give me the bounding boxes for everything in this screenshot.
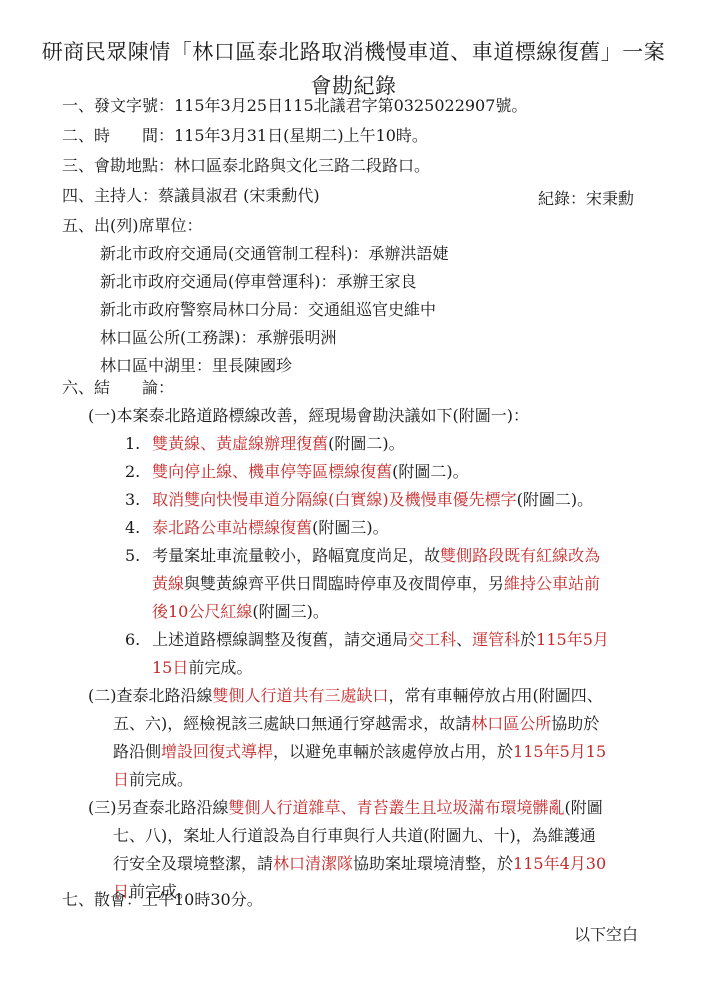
- highlighted-text: 泰北路公車站標線復舊: [152, 518, 312, 537]
- attendee: 林口區公所(工務課)：承辦張明洲: [100, 328, 337, 348]
- meeting-location: 三、會勘地點：林口區泰北路與文化三路二段路口。: [62, 156, 430, 176]
- item-text: (三)另查泰北路沿線: [88, 798, 229, 817]
- document-title: 研商民眾陳情「林口區泰北路取消機慢車道、車道標線復舊」一案: [0, 36, 707, 66]
- highlighted-text: 維持公車站前: [504, 574, 600, 593]
- resolution-item: 3. 取消雙向快慢車道分隔線(白實線)及機慢車優先標字(附圖二)。: [125, 490, 593, 510]
- item-text: 考量案址車流量較小，路幅寬度尚足，故: [152, 546, 440, 565]
- resolution-item-5-line3: 後10公尺紅線(附圖三)。: [152, 602, 329, 622]
- conclusion-1-intro: (一)本案泰北路道路標線改善，經現場會勘決議如下(附圖一)：: [88, 406, 529, 426]
- item-number: 4.: [125, 518, 147, 538]
- highlighted-text: 115年4月30: [513, 854, 606, 873]
- conclusion-3-line2: 七、八)，案址人行道設為自行車與行人共道(附圖九、十)，為維護通: [113, 826, 596, 846]
- conclusion-2-line1: (二)查泰北路沿線雙側人行道共有三處缺口，常有車輛停放占用(附圖四、: [88, 686, 603, 706]
- conclusion-2-line2: 五、六)，經檢視該三處缺口無通行穿越需求，故請林口區公所協助於: [113, 714, 599, 734]
- resolution-item-5-line2: 黃線與雙黃線齊平供日間臨時停車及夜間停車，另維持公車站前: [152, 574, 600, 594]
- highlighted-text: 雙側人行道共有三處缺口: [213, 686, 389, 705]
- attendee: 新北市政府交通局(停車營運科)：承辦王家良: [100, 272, 417, 292]
- item-text: (附圖三)。: [252, 602, 329, 621]
- recorder: 紀錄：宋秉勳: [538, 186, 634, 209]
- item-text: 五、六)，經檢視該三處缺口無通行穿越需求，故請: [113, 714, 471, 733]
- highlighted-text: 後10公尺紅線: [152, 602, 252, 621]
- item-text: 協助於: [551, 714, 599, 733]
- conclusion-3-line3: 行安全及環境整潔，請林口清潔隊協助案址環境清整，於115年4月30: [113, 854, 606, 874]
- item-number: 1.: [125, 434, 147, 454]
- item-text: (附圖二)。: [392, 462, 469, 481]
- highlighted-text: 日: [113, 770, 129, 789]
- conclusion-3-line1: (三)另查泰北路沿線雙側人行道雜草、青苔叢生且垃圾滿布環境髒亂(附圖: [88, 798, 603, 818]
- highlighted-text: 15日: [152, 658, 188, 677]
- item-text: 行安全及環境整潔，請: [113, 854, 273, 873]
- highlighted-text: 林口清潔隊: [273, 854, 353, 873]
- attendee: 新北市政府交通局(交通管制工程科)：承辦洪語婕: [100, 244, 449, 264]
- highlighted-text: 雙向停止線、機車停等區標線復舊: [152, 462, 392, 481]
- item-text: 上述道路標線調整及復舊，請交通局: [152, 630, 408, 649]
- item-text: 前完成。: [188, 658, 252, 677]
- item-text: ，以避免車輛於該處停放占用，於: [273, 742, 513, 761]
- item-text: 前完成。: [129, 770, 193, 789]
- item-number: 6.: [125, 630, 147, 650]
- item-number: 3.: [125, 490, 147, 510]
- item-text: 協助案址環境清整，於: [353, 854, 513, 873]
- item-text: 與雙黃線齊平供日間臨時停車及夜間停車，另: [184, 574, 504, 593]
- item-number: 5.: [125, 546, 147, 566]
- resolution-item-6-line2: 15日前完成。: [152, 658, 252, 678]
- highlighted-text: 交工科: [408, 630, 456, 649]
- highlighted-text: 增設回復式導桿: [161, 742, 273, 761]
- attendee: 林口區中湖里：里長陳國珍: [100, 356, 292, 376]
- highlighted-text: 運管科: [472, 630, 520, 649]
- highlighted-text: 雙黃線、黃虛線辦理復舊: [152, 434, 328, 453]
- conclusion-2-line3: 路沿側增設回復式導桿，以避免車輛於該處停放占用，於115年5月15: [113, 742, 606, 762]
- item-text: 路沿側: [113, 742, 161, 761]
- doc-number: 一、發文字號：115年3月25日115北議君字第0325022907號。: [62, 96, 527, 116]
- adjourn: 七、散會：上午10時30分。: [62, 890, 263, 910]
- highlighted-text: 雙側路段既有紅線改為: [440, 546, 600, 565]
- attendee: 新北市政府警察局林口分局：交通組巡官史維中: [100, 300, 436, 320]
- item-text: (二)查泰北路沿線: [88, 686, 213, 705]
- highlighted-text: 115年5月: [536, 630, 609, 649]
- highlighted-text: 黃線: [152, 574, 184, 593]
- resolution-item: 4. 泰北路公車站標線復舊(附圖三)。: [125, 518, 389, 538]
- item-text: 於: [520, 630, 536, 649]
- item-number: 2.: [125, 462, 147, 482]
- item-text: (附圖三)。: [312, 518, 389, 537]
- highlighted-text: 115年5月15: [513, 742, 606, 761]
- resolution-item-5-line1: 5. 考量案址車流量較小，路幅寬度尚足，故雙側路段既有紅線改為: [125, 546, 600, 566]
- item-text: (附圖: [565, 798, 603, 817]
- attendees-label: 五、出(列)席單位：: [62, 216, 203, 236]
- item-text: 、: [456, 630, 472, 649]
- item-text: ，常有車輛停放占用(附圖四、: [389, 686, 603, 705]
- resolution-item: 2. 雙向停止線、機車停等區標線復舊(附圖二)。: [125, 462, 469, 482]
- meeting-host: 四、主持人：蔡議員淑君 (宋秉勳代): [62, 186, 320, 206]
- conclusion-label: 六、結 論：: [62, 378, 174, 398]
- blank-note: 以下空白: [574, 922, 638, 945]
- item-text: (附圖二)。: [517, 490, 594, 509]
- highlighted-text: 林口區公所: [471, 714, 551, 733]
- highlighted-text: 雙側人行道雜草、青苔叢生且垃圾滿布環境髒亂: [229, 798, 565, 817]
- item-text: 七、八)，案址人行道設為自行車與行人共道(附圖九、十)，為維護通: [113, 826, 596, 845]
- conclusion-2-line4: 日前完成。: [113, 770, 193, 790]
- item-text: (附圖二)。: [328, 434, 405, 453]
- meeting-time: 二、時 間：115年3月31日(星期二)上午10時。: [62, 126, 428, 146]
- resolution-item-6-line1: 6. 上述道路標線調整及復舊，請交通局交工科、運管科於115年5月: [125, 630, 609, 650]
- highlighted-text: 取消雙向快慢車道分隔線(白實線)及機慢車優先標字: [152, 490, 517, 509]
- resolution-item: 1. 雙黃線、黃虛線辦理復舊(附圖二)。: [125, 434, 405, 454]
